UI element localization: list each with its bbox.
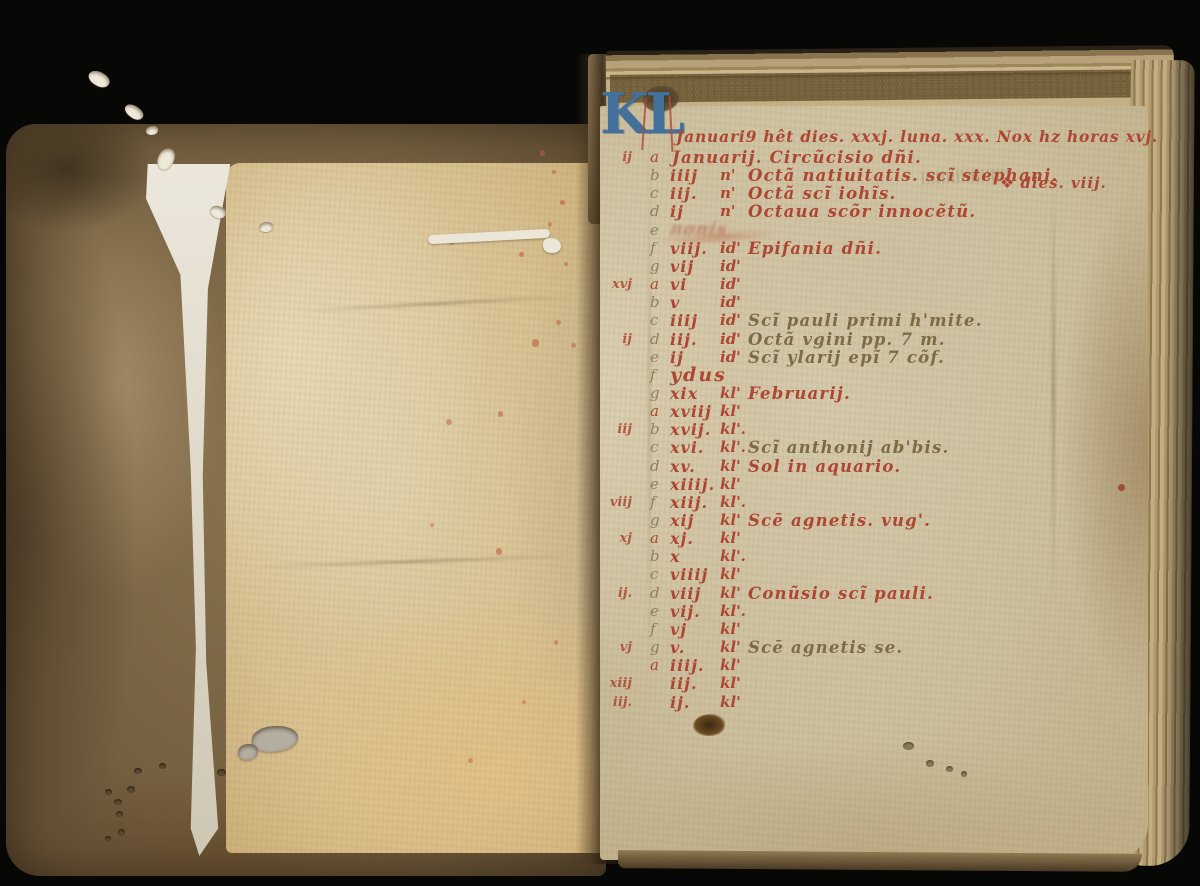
- dominical-letter: b: [650, 547, 660, 566]
- calends-mark: kl': [720, 693, 741, 712]
- calendar-row: ijdiij.id'Octã vgini pp. 7 m.: [600, 330, 1160, 349]
- calendar-row: xjaxj.kl': [600, 529, 1160, 548]
- golden-number: ij.: [600, 584, 632, 603]
- calends-mark: id': [720, 293, 741, 312]
- calends-mark: id': [720, 330, 741, 349]
- day-numeral: xiij.: [670, 493, 708, 512]
- golden-number: iij: [600, 420, 632, 439]
- calendar-row: iij.ij.kl': [600, 693, 1160, 712]
- calendar-row: iijbxvij.kl'.: [600, 420, 1160, 439]
- dominical-letter: b: [650, 166, 660, 185]
- feast-entry: Conũsio scĩ pauli.: [748, 584, 934, 603]
- day-numeral: xv.: [670, 457, 696, 476]
- month-header: Januari9 hêt dies. xxxj. luna. xxx. Nox …: [676, 127, 1158, 146]
- calends-mark: kl': [720, 511, 741, 530]
- day-numeral: xij: [670, 511, 694, 530]
- golden-number: vj: [600, 638, 632, 657]
- calendar-row: ijaJanuarij. Circũcisio dñi.: [600, 148, 1160, 167]
- calends-mark: kl'.: [720, 547, 746, 566]
- day-numeral: viij: [670, 584, 701, 603]
- day-numeral: viij.: [670, 239, 708, 258]
- calendar-row: dijn'Octaua scõr innocẽtũ.: [600, 202, 1160, 221]
- calendar-text: KL Januari9 hêt dies. xxxj. luna. xxx. N…: [0, 0, 1200, 886]
- calendar-row: xiijiij.kl': [600, 674, 1160, 693]
- golden-number: xiij: [600, 674, 632, 693]
- day-numeral: iiij.: [670, 656, 705, 675]
- dominical-letter: g: [650, 638, 660, 657]
- dominical-letter: d: [650, 330, 660, 349]
- calendar-row: axviijkl': [600, 402, 1160, 421]
- calends-mark: n': [720, 184, 736, 203]
- calends-mark: id': [720, 275, 741, 294]
- dominical-letter: a: [650, 275, 659, 294]
- dominical-letter: d: [650, 457, 660, 476]
- calends-mark: kl': [720, 638, 741, 657]
- calendar-row: xvjaviid': [600, 275, 1160, 294]
- dominical-letter: c: [650, 184, 658, 203]
- manuscript-photo: KL Januari9 hêt dies. xxxj. luna. xxx. N…: [0, 0, 1200, 886]
- day-numeral: xvi.: [670, 438, 704, 457]
- feast-entry: Octã vgini pp. 7 m.: [748, 330, 946, 349]
- calendar-row: evij.kl'.: [600, 602, 1160, 621]
- calendar-row: ciij.n'Octã scĩ iohĩs.: [600, 184, 1160, 203]
- dominical-letter: a: [650, 529, 659, 548]
- day-numeral: xviij: [670, 402, 712, 421]
- day-numeral: iij.: [670, 674, 698, 693]
- calends-mark: n': [720, 202, 736, 221]
- golden-number: viij: [600, 493, 632, 512]
- dominical-letter: g: [650, 511, 660, 530]
- calends-mark: kl'.: [720, 493, 746, 512]
- feast-entry: Octaua scõr innocẽtũ.: [748, 202, 976, 221]
- dominical-letter: f: [650, 239, 656, 258]
- day-numeral: vj: [670, 620, 687, 639]
- calendar-row: biiijn'Octã natiuitatis. scĩ stephani.: [600, 166, 1160, 185]
- calends-mark: kl': [720, 402, 741, 421]
- calendar-row: fydus: [600, 366, 1160, 385]
- day-numeral: xix: [670, 384, 698, 403]
- calendar-row: dxv.kl'Sol in aquario.: [600, 457, 1160, 476]
- feast-entry: Octã natiuitatis. scĩ stephani.: [748, 166, 1059, 185]
- day-numeral: ydus: [670, 366, 727, 385]
- dominical-letter: e: [650, 348, 659, 367]
- calendar-row: viijfxiij.kl'.: [600, 493, 1160, 512]
- dominical-letter: e: [650, 221, 659, 240]
- calends-mark: kl': [720, 384, 741, 403]
- dominical-letter: c: [650, 438, 658, 457]
- dominical-letter: a: [650, 148, 659, 167]
- dominical-letter: f: [650, 366, 656, 385]
- feast-entry: Scĩ pauli primi h'mite.: [748, 311, 983, 330]
- calendar-row: fviij.id'Epifania dñi.: [600, 239, 1160, 258]
- calends-mark: kl': [720, 656, 741, 675]
- feast-entry: Scĩ ylarij epĩ 7 cõf.: [748, 348, 945, 367]
- calendar-row: ciiijid'Scĩ pauli primi h'mite.: [600, 311, 1160, 330]
- day-numeral: iiij: [670, 311, 698, 330]
- calendar-row: aiiij.kl': [600, 656, 1160, 675]
- day-numeral: viiij: [670, 565, 708, 584]
- calendar-row: fvjkl': [600, 620, 1160, 639]
- calendar-row: bvid': [600, 293, 1160, 312]
- dominical-letter: f: [650, 493, 656, 512]
- feast-entry: Scĩ anthonij ab'bis.: [748, 438, 949, 457]
- feast-entry: Scē agnetis se.: [748, 638, 903, 657]
- calends-mark: kl': [720, 565, 741, 584]
- day-numeral: iij.: [670, 330, 698, 349]
- calendar-row: enonis: [600, 221, 1160, 240]
- calendar-row: vjgv.kl'Scē agnetis se.: [600, 638, 1160, 657]
- dominical-letter: a: [650, 656, 659, 675]
- calends-mark: kl': [720, 584, 741, 603]
- dominical-letter: a: [650, 402, 659, 421]
- day-numeral: vi: [670, 275, 687, 294]
- golden-number: iij.: [600, 693, 632, 712]
- calends-mark: kl': [720, 674, 741, 693]
- day-numeral: vij: [670, 257, 694, 276]
- day-numeral: x: [670, 547, 681, 566]
- dominical-letter: g: [650, 257, 660, 276]
- day-numeral: v: [670, 293, 680, 312]
- feast-entry: Epifania dñi.: [748, 239, 882, 258]
- dominical-letter: f: [650, 620, 656, 639]
- dominical-letter: b: [650, 293, 660, 312]
- calends-mark: kl': [720, 620, 741, 639]
- day-numeral: iiij: [670, 166, 698, 185]
- dominical-letter: b: [650, 420, 660, 439]
- calendar-row: gvijid': [600, 257, 1160, 276]
- calendar-row: cviiijkl': [600, 565, 1160, 584]
- calends-mark: kl'.: [720, 438, 746, 457]
- day-numeral: v.: [670, 638, 685, 657]
- calends-mark: kl'.: [720, 420, 746, 439]
- dominical-letter: e: [650, 475, 659, 494]
- feast-entry: Octã scĩ iohĩs.: [748, 184, 896, 203]
- feast-entry: Scē agnetis. vug'.: [748, 511, 931, 530]
- day-numeral: ij: [670, 202, 684, 221]
- calends-mark: kl': [720, 529, 741, 548]
- calendar-row: ij.dviijkl'Conũsio scĩ pauli.: [600, 584, 1160, 603]
- calends-mark: id': [720, 311, 741, 330]
- golden-number: ij: [600, 148, 632, 167]
- calends-mark: kl'.: [720, 602, 746, 621]
- golden-number: xvj: [600, 275, 632, 294]
- dominical-letter: c: [650, 311, 658, 330]
- dominical-letter: d: [650, 202, 660, 221]
- dominical-letter: e: [650, 602, 659, 621]
- feast-entry: Februarij.: [748, 384, 851, 403]
- calendar-row: bxkl'.: [600, 547, 1160, 566]
- calends-mark: kl': [720, 457, 741, 476]
- golden-number: xj: [600, 529, 632, 548]
- dominical-letter: g: [650, 384, 660, 403]
- day-numeral: ij.: [670, 693, 690, 712]
- feast-entry: Sol in aquario.: [748, 457, 901, 476]
- feast-entry: Januarij. Circũcisio dñi.: [672, 148, 922, 167]
- golden-number: ij: [600, 330, 632, 349]
- day-numeral: xiiij.: [670, 475, 715, 494]
- calendar-row: gxijkl'Scē agnetis. vug'.: [600, 511, 1160, 530]
- dominical-letter: d: [650, 584, 660, 603]
- calends-mark: id': [720, 257, 741, 276]
- calends-mark: id': [720, 239, 741, 258]
- calendar-row: gxixkl'Februarij.: [600, 384, 1160, 403]
- day-numeral: iij.: [670, 184, 698, 203]
- calendar-row: exiiij.kl': [600, 475, 1160, 494]
- dominical-letter: c: [650, 565, 658, 584]
- day-numeral: nonis: [668, 221, 728, 240]
- calendar-row: cxvi.kl'.Scĩ anthonij ab'bis.: [600, 438, 1160, 457]
- calends-mark: n': [720, 166, 736, 185]
- day-numeral: xj.: [670, 529, 694, 548]
- day-numeral: vij.: [670, 602, 701, 621]
- day-numeral: xvij.: [670, 420, 711, 439]
- calends-mark: kl': [720, 475, 741, 494]
